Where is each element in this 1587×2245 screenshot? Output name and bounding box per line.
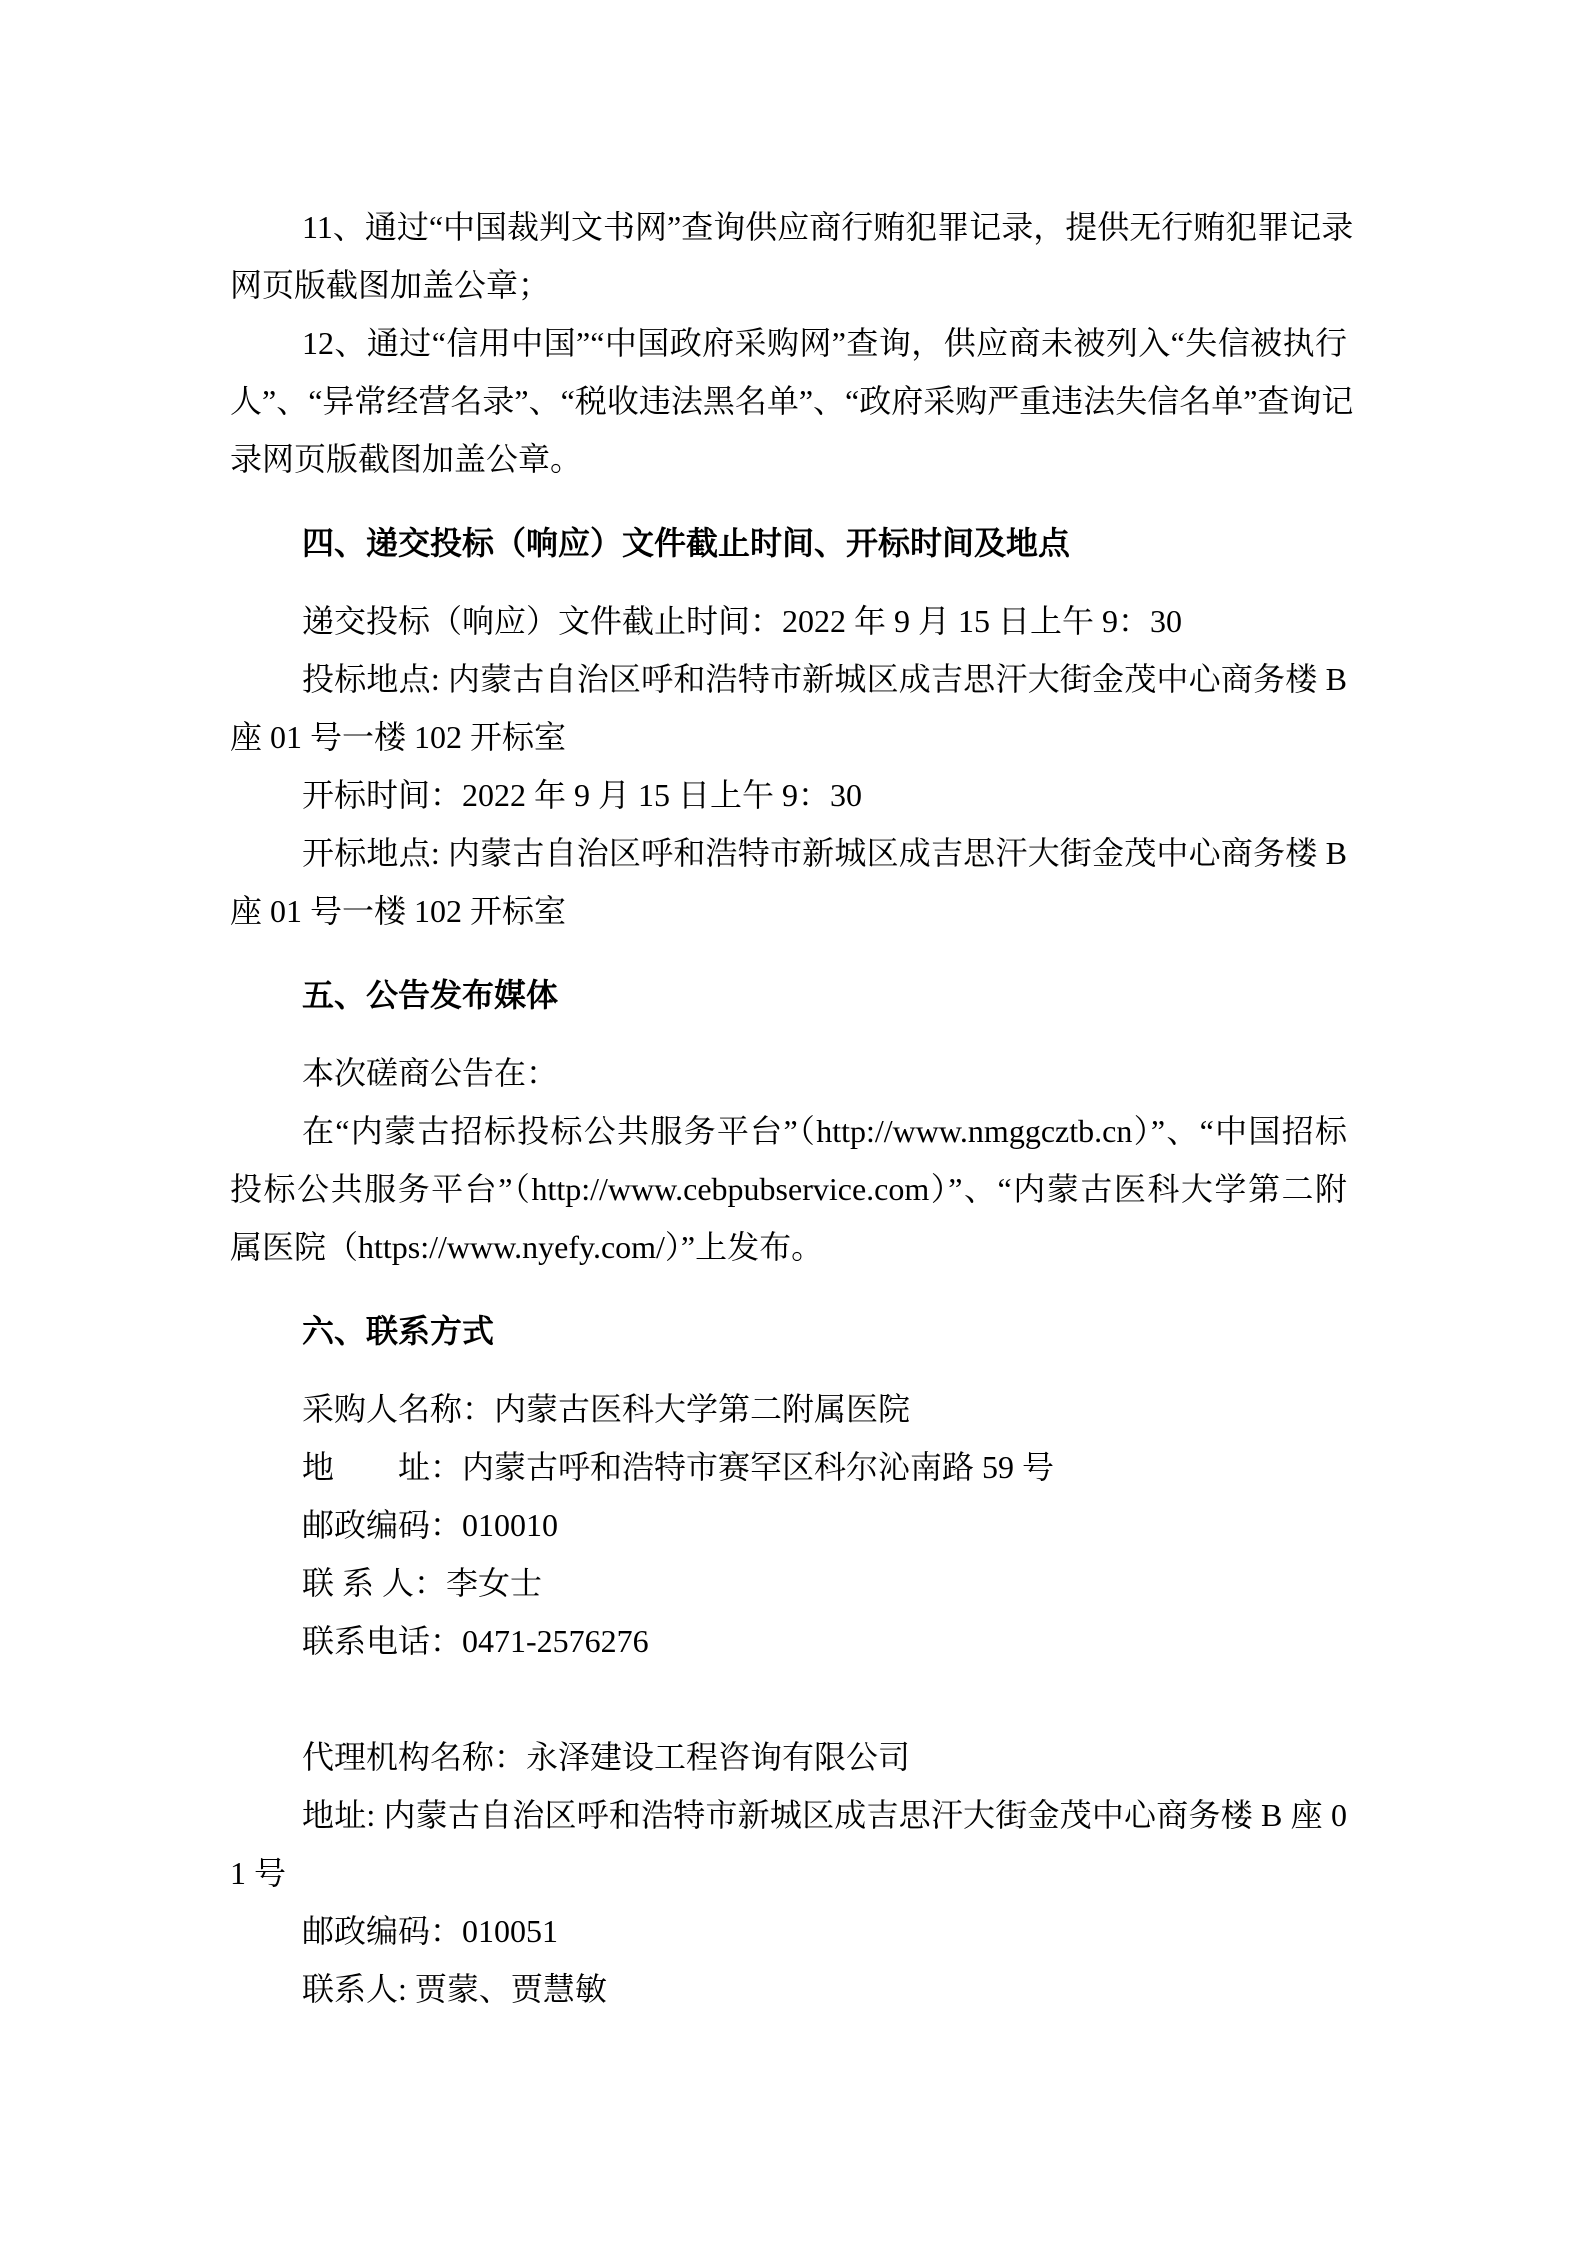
- para-11-line-1: 11、通过“中国裁判文书网”查询供应商行贿犯罪记录，提供无行贿犯罪记录: [230, 198, 1347, 256]
- bid-location-line-1: 投标地点: 内蒙古自治区呼和浩特市新城区成吉思汗大街金茂中心商务楼 B: [230, 650, 1347, 708]
- agency-contact-line: 联系人: 贾蒙、贾慧敏: [230, 1960, 1347, 2018]
- para-12-line-1: 12、通过“信用中国”“中国政府采购网”查询，供应商未被列入“失信被执行: [230, 314, 1347, 372]
- purchaser-phone-line: 联系电话：0471-2576276: [230, 1612, 1347, 1670]
- para-12-line-3: 录网页版截图加盖公章。: [230, 430, 1347, 488]
- announcement-media-line-1: 在“内蒙古招标投标公共服务平台”（http://www.nmggcztb.cn）…: [230, 1102, 1347, 1160]
- agency-postcode-line: 邮政编码：010051: [230, 1902, 1347, 1960]
- para-12-line-2: 人”、“异常经营名录”、“税收违法黑名单”、“政府采购严重违法失信名单”查询记: [230, 372, 1347, 430]
- opening-location-line-2: 座 01 号一楼 102 开标室: [230, 882, 1347, 940]
- agency-name-line: 代理机构名称：永泽建设工程咨询有限公司: [230, 1728, 1347, 1786]
- announcement-media-line-2: 投标公共服务平台”（http://www.cebpubservice.com）”…: [230, 1160, 1347, 1218]
- agency-address-line-1: 地址: 内蒙古自治区呼和浩特市新城区成吉思汗大街金茂中心商务楼 B 座 0: [230, 1786, 1347, 1844]
- submission-deadline-line: 递交投标（响应）文件截止时间：2022 年 9 月 15 日上午 9：30: [230, 592, 1347, 650]
- agency-address-line-2: 1 号: [230, 1844, 1347, 1902]
- announcement-media-line-3: 属医院（https://www.nyefy.com/）”上发布。: [230, 1218, 1347, 1276]
- blank-line: [230, 1670, 1347, 1728]
- purchaser-address-line: 地 址：内蒙古呼和浩特市赛罕区科尔沁南路 59 号: [230, 1438, 1347, 1496]
- purchaser-name-line: 采购人名称：内蒙古医科大学第二附属医院: [230, 1380, 1347, 1438]
- opening-location-line-1: 开标地点: 内蒙古自治区呼和浩特市新城区成吉思汗大街金茂中心商务楼 B: [230, 824, 1347, 882]
- announcement-intro-line: 本次磋商公告在：: [230, 1044, 1347, 1102]
- purchaser-contact-line: 联 系 人：李女士: [230, 1554, 1347, 1612]
- opening-time-line: 开标时间：2022 年 9 月 15 日上午 9：30: [230, 766, 1347, 824]
- heading-section-5: 五、公告发布媒体: [230, 966, 1347, 1024]
- heading-section-6: 六、联系方式: [230, 1302, 1347, 1360]
- heading-section-4: 四、递交投标（响应）文件截止时间、开标时间及地点: [230, 514, 1347, 572]
- document-page: 11、通过“中国裁判文书网”查询供应商行贿犯罪记录，提供无行贿犯罪记录 网页版截…: [0, 0, 1587, 2245]
- para-11-line-2: 网页版截图加盖公章；: [230, 256, 1347, 314]
- bid-location-line-2: 座 01 号一楼 102 开标室: [230, 708, 1347, 766]
- purchaser-postcode-line: 邮政编码：010010: [230, 1496, 1347, 1554]
- document-content: 11、通过“中国裁判文书网”查询供应商行贿犯罪记录，提供无行贿犯罪记录 网页版截…: [230, 198, 1347, 2018]
